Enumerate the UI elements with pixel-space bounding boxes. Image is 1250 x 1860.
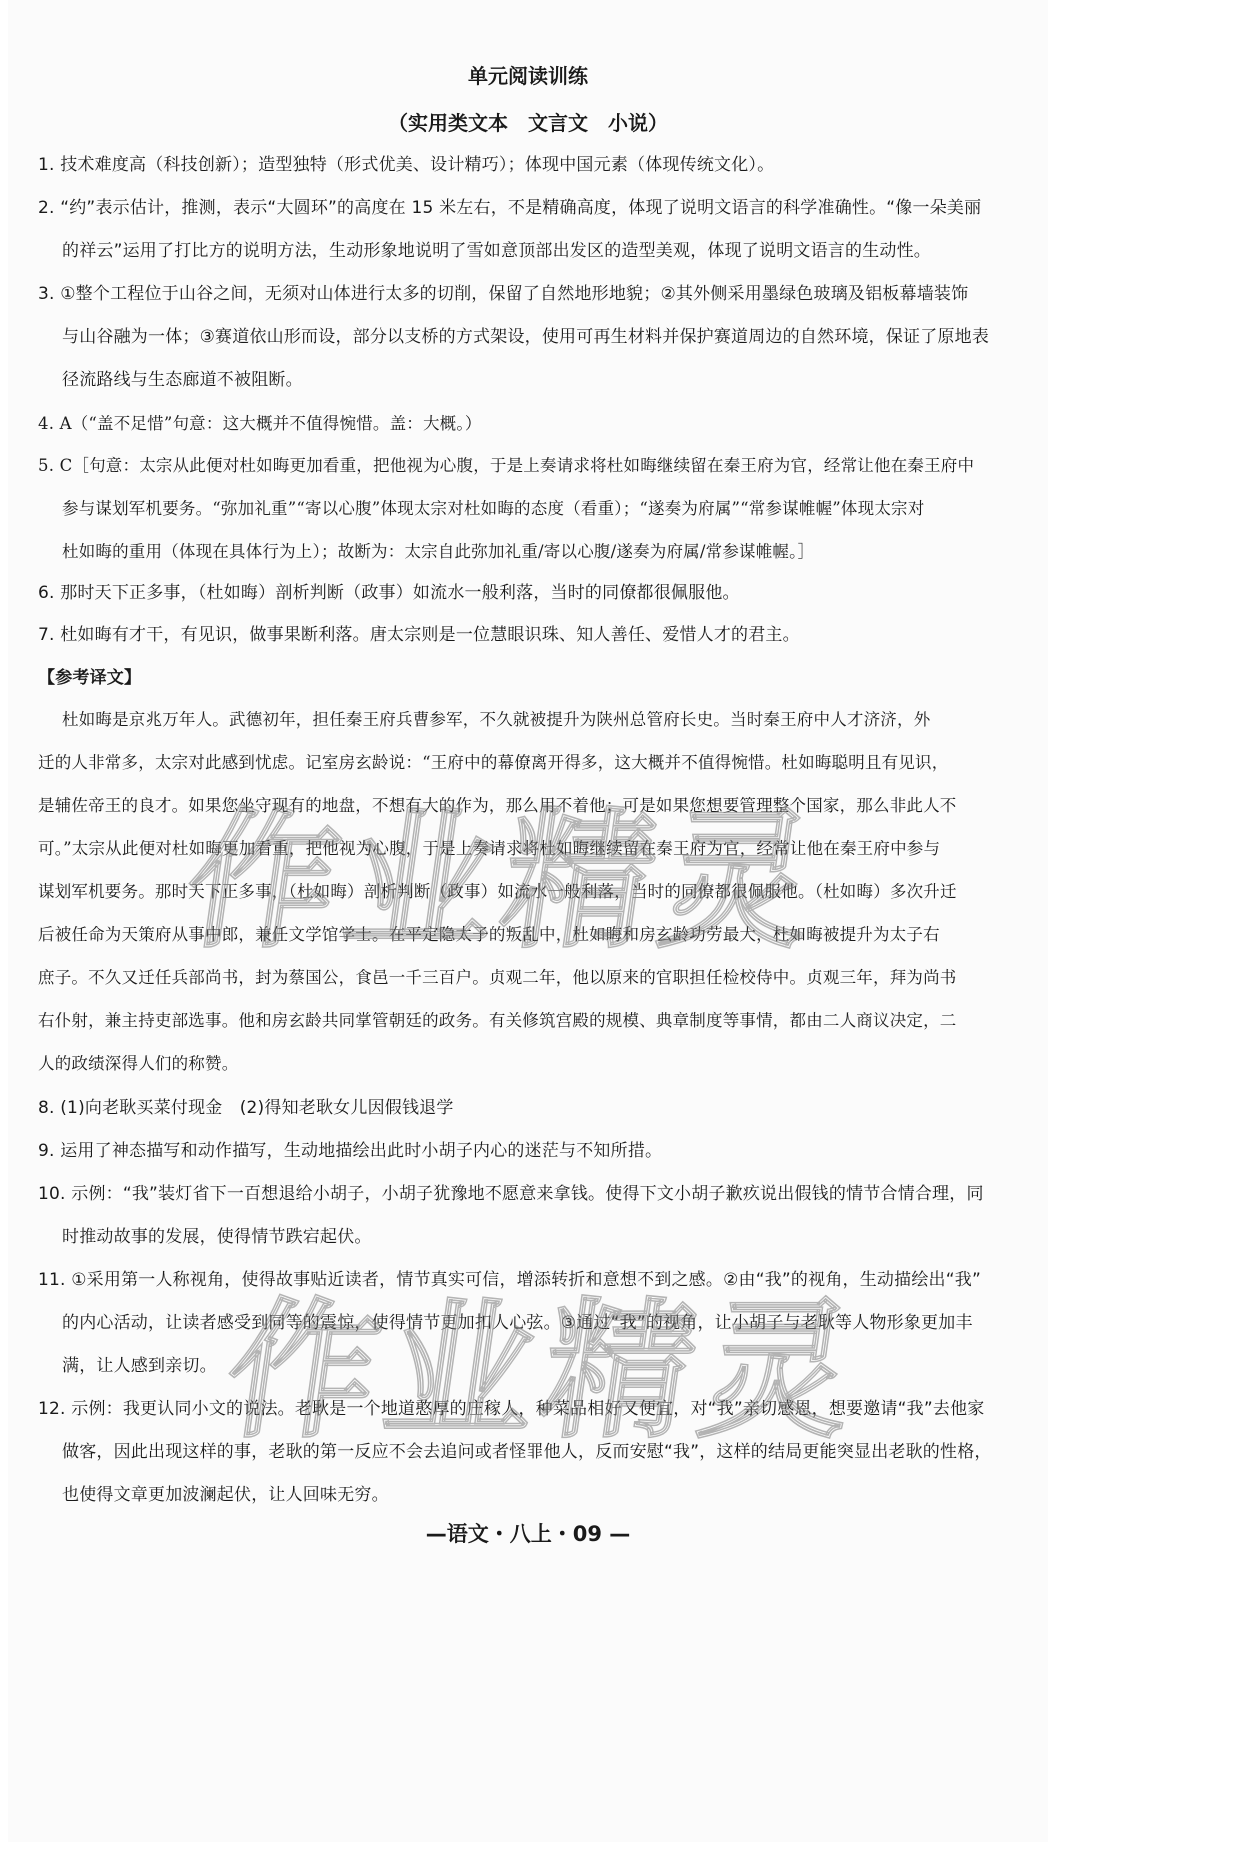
translation-line: 是辅佐帝王的良才。如果您坐守现有的地盘，不想有大的作为，那么用不着他；可是如果您… bbox=[38, 792, 957, 816]
translation-heading: 【参考译文】 bbox=[38, 663, 141, 688]
answer-9: 9. 运用了神态描写和动作描写，生动地描绘出此时小胡子内心的迷茫与不知所措。 bbox=[38, 1136, 662, 1161]
answer-2-line-2: 的祥云”运用了打比方的说明方法，生动形象地说明了雪如意顶部出发区的造型美观，体现… bbox=[62, 236, 931, 261]
answer-5-line-2: 参与谋划军机要务。“弥加礼重”“寄以心腹”体现太宗对杜如晦的态度（看重）；“遂奏… bbox=[62, 495, 924, 519]
translation-line: 人的政绩深得人们的称赞。 bbox=[38, 1050, 238, 1074]
answer-5-line-3: 杜如晦的重用（体现在具体行为上）；故断为：太宗自此弥加礼重/寄以心腹/遂奏为府属… bbox=[62, 538, 814, 562]
answer-12-line-2: 做客，因此出现这样的事，老耿的第一反应不会去追问或者怪罪他人，反而安慰“我”，这… bbox=[62, 1437, 992, 1462]
answer-6: 6. 那时天下正多事，（杜如晦）剖析判断（政事）如流水一般利落，当时的同僚都很佩… bbox=[38, 578, 740, 603]
answer-11-line-3: 满，让人感到亲切。 bbox=[62, 1351, 217, 1376]
answer-2-line-1: 2. “约”表示估计，推测，表示“大圆环”的高度在 15 米左右，不是精确高度，… bbox=[38, 193, 981, 218]
translation-line: 迁的人非常多，太宗对此感到忧虑。记室房玄龄说：“王府中的幕僚离开得多，这大概并不… bbox=[38, 749, 948, 773]
translation-line: 杜如晦是京兆万年人。武德初年，担任秦王府兵曹参军，不久就被提升为陕州总管府长史。… bbox=[62, 706, 930, 730]
page-footer: —语文・八上・09 — bbox=[0, 1518, 1056, 1548]
answer-10-line-1: 10. 示例：“我”装灯省下一百想退给小胡子，小胡子犹豫地不愿意来拿钱。使得下文… bbox=[38, 1179, 984, 1204]
answer-5-line-1: 5. C［句意：太宗从此便对杜如晦更加看重，把他视为心腹，于是上奏请求将杜如晦继… bbox=[38, 452, 974, 476]
answer-10-line-2: 时推动故事的发展，使得情节跌宕起伏。 bbox=[62, 1222, 372, 1247]
translation-line: 可。”太宗从此便对杜如晦更加看重，把他视为心腹，于是上奏请求将杜如晦继续留在秦王… bbox=[38, 835, 940, 859]
answer-3-line-2: 与山谷融为一体；③赛道依山形而设，部分以支桥的方式架设，使用可再生材料并保护赛道… bbox=[62, 322, 989, 347]
translation-line: 后被任命为天策府从事中郎，兼任文学馆学士。在平定隐太子的叛乱中，杜如晦和房玄龄功… bbox=[38, 921, 940, 945]
translation-line: 庶子。不久又迁任兵部尚书，封为蔡国公，食邑一千三百户。贞观二年，他以原来的官职担… bbox=[38, 964, 957, 988]
answer-3-line-3: 径流路线与生态廊道不被阻断。 bbox=[62, 365, 303, 390]
answer-3-line-1: 3. ①整个工程位于山谷之间，无须对山体进行太多的切削，保留了自然地形地貌；②其… bbox=[38, 279, 968, 304]
translation-line: 谋划军机要务。那时天下正多事，（杜如晦）剖析判断（政事）如流水一般利落，当时的同… bbox=[38, 878, 957, 902]
translation-line: 右仆射，兼主持吏部选事。他和房玄龄共同掌管朝廷的政务。有关修筑宫殿的规模、典章制… bbox=[38, 1007, 957, 1031]
answer-7: 7. 杜如晦有才干，有见识，做事果断利落。唐太宗则是一位慧眼识珠、知人善任、爱惜… bbox=[38, 620, 800, 645]
answer-1: 1. 技术难度高（科技创新）；造型独特（形式优美、设计精巧）；体现中国元素（体现… bbox=[38, 150, 774, 175]
answer-12-line-3: 也使得文章更加波澜起伏，让人回味无穷。 bbox=[62, 1480, 389, 1505]
answer-12-line-1: 12. 示例：我更认同小文的说法。老耿是一个地道憨厚的庄稼人，种菜品相好又便宜，… bbox=[38, 1394, 984, 1419]
answer-8: 8. (1)向老耿买菜付现金 (2)得知老耿女儿因假钱退学 bbox=[38, 1093, 454, 1118]
answer-4: 4. A（“盖不足惜”句意：这大概并不值得惋惜。盖：大概。） bbox=[38, 410, 482, 434]
page-title: 单元阅读训练 bbox=[0, 60, 1056, 89]
page-subtitle: （实用类文本 文言文 小说） bbox=[0, 107, 1056, 136]
answer-11-line-1: 11. ①采用第一人称视角，使得故事贴近读者，情节真实可信，增添转折和意想不到之… bbox=[38, 1265, 981, 1290]
answer-11-line-2: 的内心活动，让读者感受到同等的震惊，使得情节更加扣人心弦。③通过“我”的视角，让… bbox=[62, 1308, 973, 1333]
